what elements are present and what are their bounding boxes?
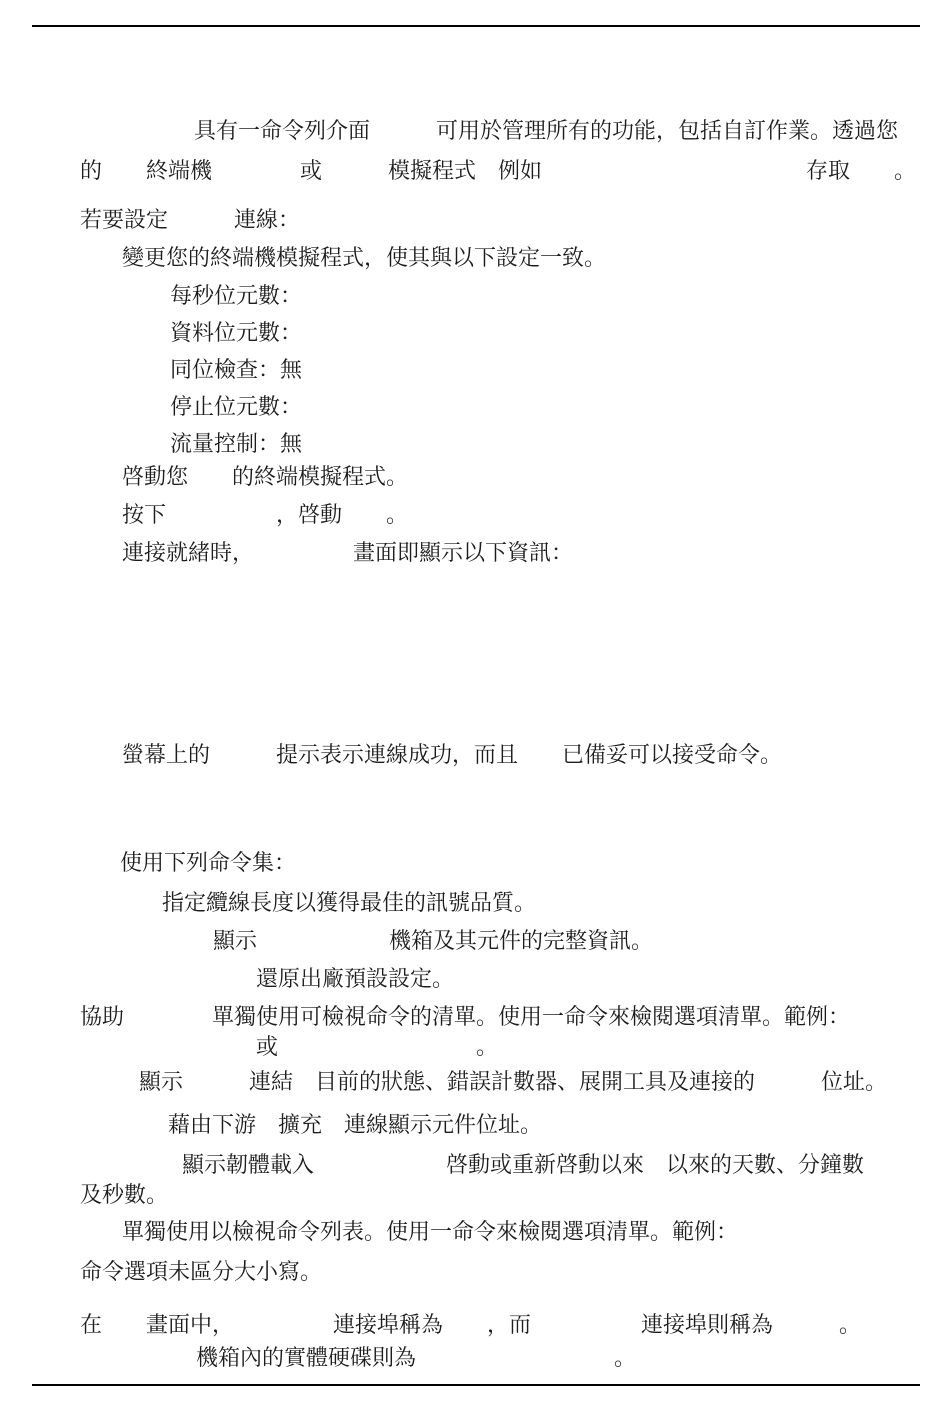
intro-line-2: 的 終端機 或 模擬程式 例如 存取 。 [80,158,916,186]
cmd-downstream-expansion: 藉由下游 擴充 連線顯示元件位址。 [168,1112,542,1140]
cmd-firmware-uptime-cont: 及秒數。 [80,1182,168,1210]
setup-connection-heading: 若要設定 連線： [80,207,300,235]
cmd-show-link-status: 顯示 連結 目前的狀態、錯誤計數器、展開工具及連接的 位址。 [139,1069,887,1097]
port-naming-line-2: 機箱內的實體硬碟則為 。 [196,1345,636,1373]
setting-flow-control: 流量控制：無 [170,431,302,459]
cmd-restore-defaults: 還原出廠預設設定。 [256,966,454,994]
setting-data-bits: 資料位元數： [170,320,302,348]
step-start-emulator: 啓動您 的終端模擬程式。 [122,464,408,492]
step-connection-ready: 連接就緒時， 畫面即顯示以下資訊： [122,540,573,568]
bottom-rule [32,1384,920,1386]
command-set-heading: 使用下列命令集： [120,850,296,878]
setting-stop-bits: 停止位元數： [170,394,302,422]
setting-parity: 同位檢查：無 [170,357,302,385]
note-case-insensitive: 命令選項未區分大小寫。 [80,1259,322,1287]
top-rule [32,25,920,27]
cmd-list-commands: 單獨使用以檢視命令列表。使用一命令來檢閱選項清單。範例： [122,1219,738,1247]
step-press-enter: 按下 ，啓動 。 [122,502,408,530]
prompt-success-note: 螢幕上的 提示表示連線成功，而且 已備妥可以接受命令。 [122,742,782,770]
setting-bits-per-second: 每秒位元數： [170,283,302,311]
cmd-firmware-uptime: 顯示韌體載入 啓動或重新啓動以來 以來的天數、分鐘數 [182,1152,864,1180]
cmd-show-enclosure: 顯示 機箱及其元件的完整資訊。 [213,928,653,956]
cmd-cable-length: 指定纜線長度以獲得最佳的訊號品質。 [162,890,536,918]
manual-page: 具有一命令列介面 可用於管理所有的功能，包括自訂作業。透過您 的 終端機 或 模… [0,0,950,1414]
port-naming-line-1: 在 畫面中， 連接埠稱為 ，而 連接埠則稱為 。 [80,1312,861,1340]
cmd-help-example: 或 。 [256,1034,498,1062]
intro-line-1: 具有一命令列介面 可用於管理所有的功能，包括自訂作業。透過您 [194,118,898,146]
cmd-help: 協助 單獨使用可檢視命令的清單。使用一命令來檢閱選項清單。範例： [80,1004,850,1032]
step-change-emulator: 變更您的終端機模擬程式，使其與以下設定一致。 [122,245,606,273]
